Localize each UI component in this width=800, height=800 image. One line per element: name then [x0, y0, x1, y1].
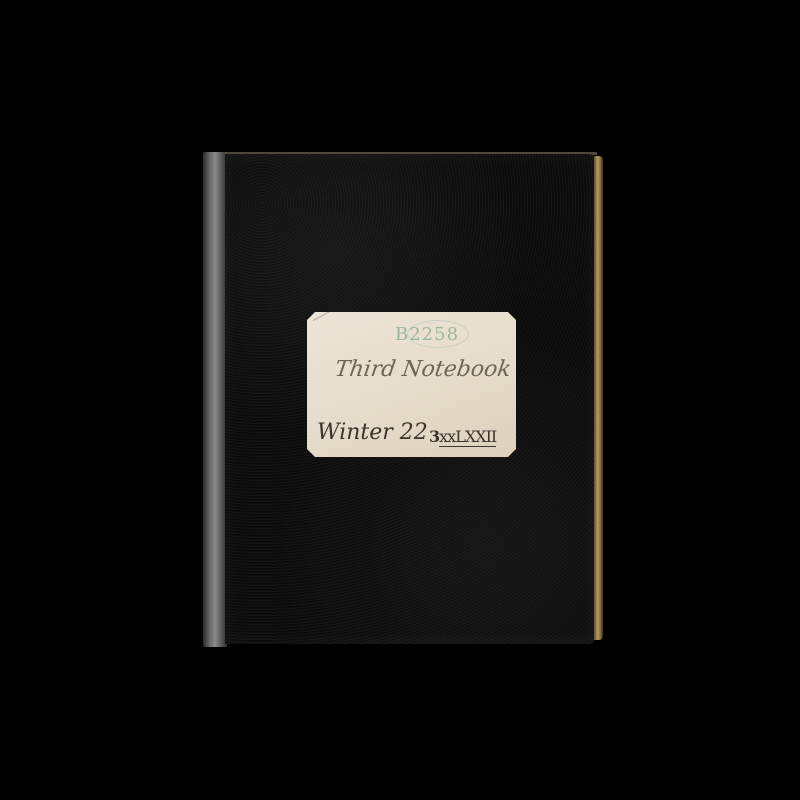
shelfmark-suffix: xxLXXII — [439, 427, 496, 447]
label-date: Winter 22 — [317, 420, 428, 445]
label-title: Third Notebook — [333, 357, 512, 382]
notebook: B2258 Third Notebook Winter 22 3xxLXXII — [203, 152, 603, 647]
cover-label: B2258 Third Notebook Winter 22 3xxLXXII — [307, 312, 516, 457]
catalog-number: B2258 — [395, 324, 459, 345]
notebook-spine — [203, 152, 227, 647]
shelfmark-prefix: 3 — [429, 427, 439, 446]
page-edge — [594, 156, 603, 640]
shelfmark: 3xxLXXII — [429, 427, 496, 446]
